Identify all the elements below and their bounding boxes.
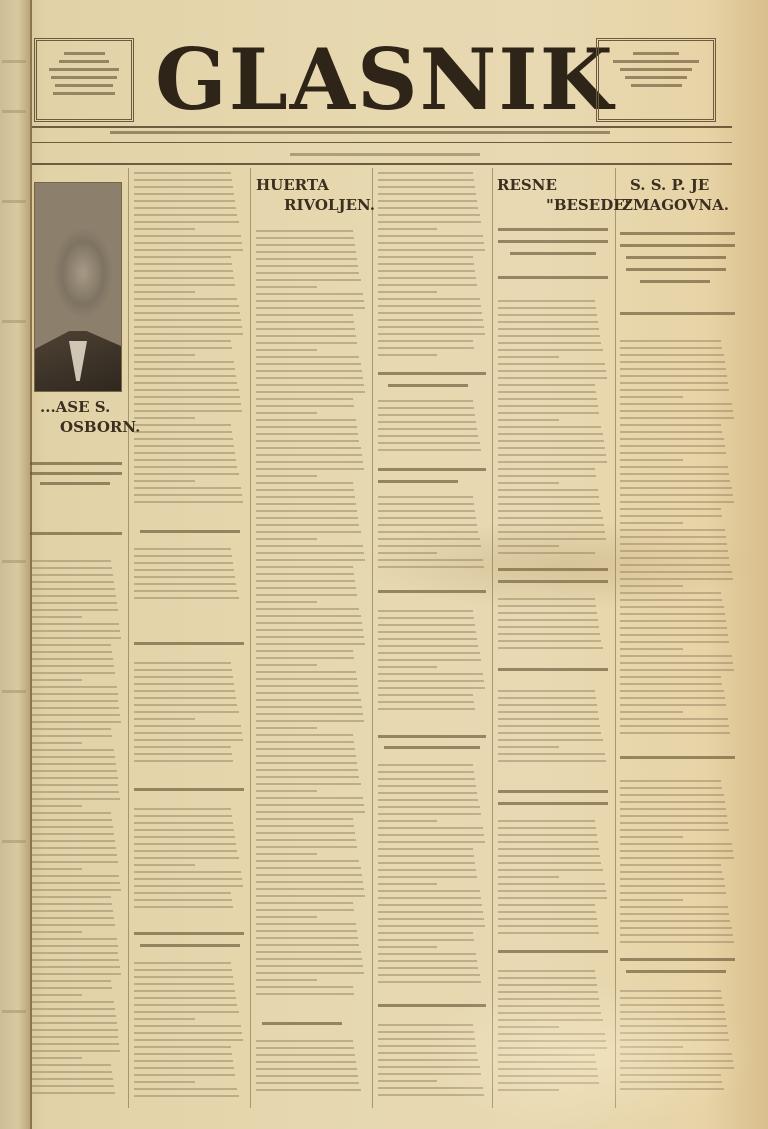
subhead bbox=[134, 788, 244, 791]
article-body bbox=[620, 990, 735, 1100]
left-ear-box bbox=[34, 38, 134, 122]
article-body bbox=[498, 970, 608, 1100]
subhead bbox=[134, 932, 244, 935]
subhead bbox=[620, 312, 735, 315]
masthead-rule bbox=[32, 126, 732, 128]
subhead bbox=[388, 384, 468, 387]
subhead bbox=[30, 472, 122, 475]
subhead bbox=[498, 228, 608, 231]
subhead bbox=[620, 232, 735, 235]
article-body bbox=[134, 172, 244, 512]
headline-ssp-1: S. S. P. JE bbox=[630, 176, 709, 194]
headline-osborn-1: ...ASE S. bbox=[40, 398, 110, 416]
headline-resne-2: "BESEDE" bbox=[546, 196, 632, 214]
article-body bbox=[498, 820, 608, 940]
adjacent-page-edge bbox=[0, 0, 32, 1129]
column-rule bbox=[492, 168, 493, 1108]
column-rule bbox=[128, 168, 129, 1108]
subhead bbox=[498, 580, 608, 583]
article-body bbox=[498, 300, 608, 560]
subhead bbox=[384, 746, 480, 749]
subhead bbox=[498, 568, 608, 571]
article-body bbox=[378, 172, 486, 362]
subhead bbox=[498, 950, 608, 953]
subhead bbox=[30, 462, 122, 465]
dateline bbox=[290, 153, 480, 156]
newspaper-page: GLASNIK ...ASE S. OSBORN. HUERTA RIVOLJE… bbox=[0, 0, 768, 1129]
subhead bbox=[498, 240, 608, 243]
tagline bbox=[110, 131, 610, 134]
subhead bbox=[140, 530, 240, 533]
article-body bbox=[134, 808, 244, 918]
headline-huerta-1: HUERTA bbox=[256, 176, 329, 194]
column-rule bbox=[372, 168, 373, 1108]
subhead bbox=[626, 970, 726, 973]
article-body bbox=[498, 690, 608, 770]
subhead bbox=[378, 372, 486, 375]
article-body bbox=[134, 662, 244, 772]
article-body bbox=[498, 598, 608, 658]
headline-ssp-2: ZMAGOVNA. bbox=[622, 196, 729, 214]
article-body bbox=[256, 230, 366, 1000]
subhead bbox=[140, 944, 240, 947]
article-body bbox=[256, 1040, 366, 1100]
article-body bbox=[378, 400, 486, 460]
subhead bbox=[262, 1022, 342, 1025]
article-body bbox=[378, 496, 486, 576]
article-body bbox=[620, 340, 735, 740]
subhead bbox=[620, 958, 735, 961]
dateline-rule bbox=[32, 163, 732, 165]
article-body bbox=[32, 560, 122, 1100]
subhead bbox=[498, 276, 608, 279]
subhead bbox=[626, 268, 726, 271]
column-rule bbox=[615, 168, 616, 1108]
subhead bbox=[378, 590, 486, 593]
subhead bbox=[498, 802, 608, 805]
subhead bbox=[620, 244, 735, 247]
subhead bbox=[498, 790, 608, 793]
subhead bbox=[378, 468, 486, 471]
headline-osborn-2: OSBORN. bbox=[60, 418, 140, 436]
article-body bbox=[134, 962, 244, 1102]
article-body bbox=[378, 610, 486, 720]
subhead bbox=[510, 252, 596, 255]
subhead bbox=[640, 280, 710, 283]
subhead bbox=[378, 1004, 486, 1007]
right-ear-box bbox=[596, 38, 716, 122]
article-body bbox=[620, 780, 735, 950]
subhead bbox=[620, 756, 735, 759]
article-body bbox=[134, 548, 244, 608]
column-rule bbox=[250, 168, 251, 1108]
subhead bbox=[498, 668, 608, 671]
subhead bbox=[30, 532, 122, 535]
newspaper-title: GLASNIK bbox=[155, 30, 605, 130]
subhead bbox=[378, 480, 458, 483]
headline-huerta-2: RIVOLJEN. bbox=[284, 196, 375, 214]
article-body bbox=[378, 1024, 486, 1104]
tagline-rule bbox=[32, 142, 732, 143]
subhead bbox=[378, 735, 486, 738]
subhead bbox=[40, 482, 110, 485]
portrait-photo bbox=[34, 182, 122, 392]
masthead: GLASNIK bbox=[30, 30, 730, 130]
subhead bbox=[626, 256, 726, 259]
article-body bbox=[378, 764, 486, 994]
headline-resne-1: RESNE bbox=[497, 176, 557, 194]
subhead bbox=[134, 642, 244, 645]
